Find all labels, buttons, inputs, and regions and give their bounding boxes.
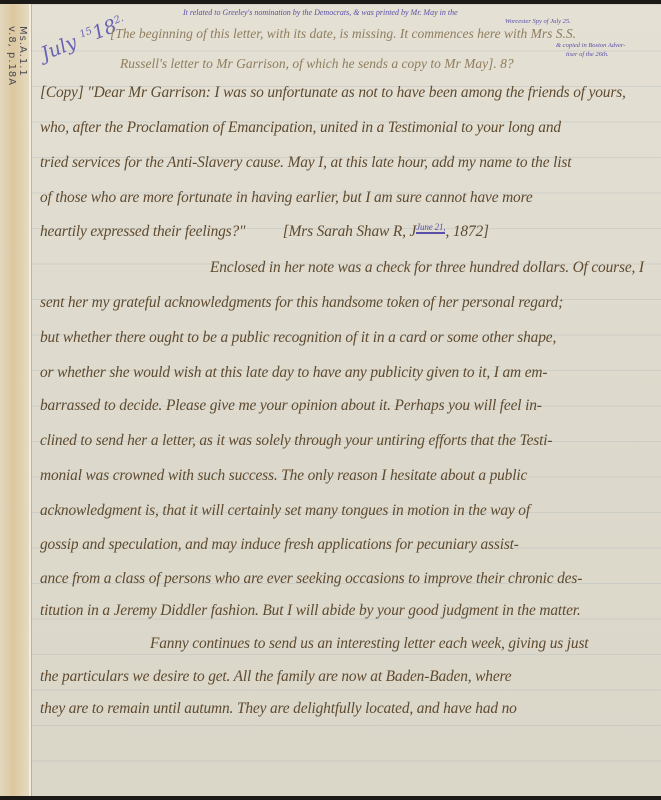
letter-line-16: titution in a Jeremy Diddler fashion. Bu… xyxy=(40,602,581,620)
annotation-right-1: & copied in Boston Adver- xyxy=(556,42,625,49)
annotation-right-2: tiser of the 26th. xyxy=(566,51,609,58)
letter-line-4: of those who are more fortunate in havin… xyxy=(40,189,533,207)
copy-attribution-year: , 1872] xyxy=(445,223,488,240)
letter-line-13: acknowledgment is, that it will certainl… xyxy=(40,502,530,520)
letter-line-15: ance from a class of persons who are eve… xyxy=(40,570,582,588)
letter-line-2: who, after the Proclamation of Emancipat… xyxy=(40,119,561,137)
quote-end: heartily expressed their feelings?" xyxy=(40,223,245,240)
annotation-top-sub: Worcester Spy of July 25. xyxy=(505,18,571,25)
letter-line-1: [Copy] "Dear Mr Garrison: I was so unfor… xyxy=(40,84,626,102)
binding-strip xyxy=(0,4,30,796)
letter-line-11: clined to send her a letter, as it was s… xyxy=(40,432,552,450)
copy-attribution: [Mrs Sarah Shaw R, J xyxy=(283,223,416,240)
letter-line-12: monial was crowned with such success. Th… xyxy=(40,467,527,485)
letter-line-9: or whether she would wish at this late d… xyxy=(40,364,547,382)
letter-line-18: the particulars we desire to get. All th… xyxy=(40,668,511,686)
letter-line-17: Fanny continues to send us an interestin… xyxy=(40,635,588,653)
letter-line-7: sent her my grateful acknowledgments for… xyxy=(40,294,563,312)
letter-line-8: but whether there ought to be a public r… xyxy=(40,329,556,347)
shelfmark-collection: Ms.A.1.1 xyxy=(17,26,28,86)
shelfmark-volume-page: v.8, p.18A xyxy=(6,26,17,86)
annotation-top: It related to Greeley's nomination by th… xyxy=(183,8,458,17)
letter-line-14: gossip and speculation, and may induce f… xyxy=(40,536,519,554)
copy-date-annotation: June 21, xyxy=(416,222,445,234)
editor-note-line-1: [The beginning of this letter, with its … xyxy=(110,26,576,42)
letter-line-19: they are to remain until autumn. They ar… xyxy=(40,700,517,718)
manuscript-page: Ms.A.1.1 v.8, p.18A July 15182. It relat… xyxy=(0,4,661,796)
letter-line-5: heartily expressed their feelings?" [Mrs… xyxy=(40,222,489,241)
binding-edge xyxy=(29,4,31,796)
letter-line-10: barrassed to decide. Please give me your… xyxy=(40,397,542,415)
editor-note-line-2: Russell's letter to Mr Garrison, of whic… xyxy=(120,56,514,72)
letter-line-6: Enclosed in her note was a check for thr… xyxy=(40,259,644,277)
pencil-date-month: July xyxy=(38,31,80,65)
letter-line-3: tried services for the Anti-Slavery caus… xyxy=(40,154,571,172)
shelfmark: Ms.A.1.1 v.8, p.18A xyxy=(6,26,28,104)
